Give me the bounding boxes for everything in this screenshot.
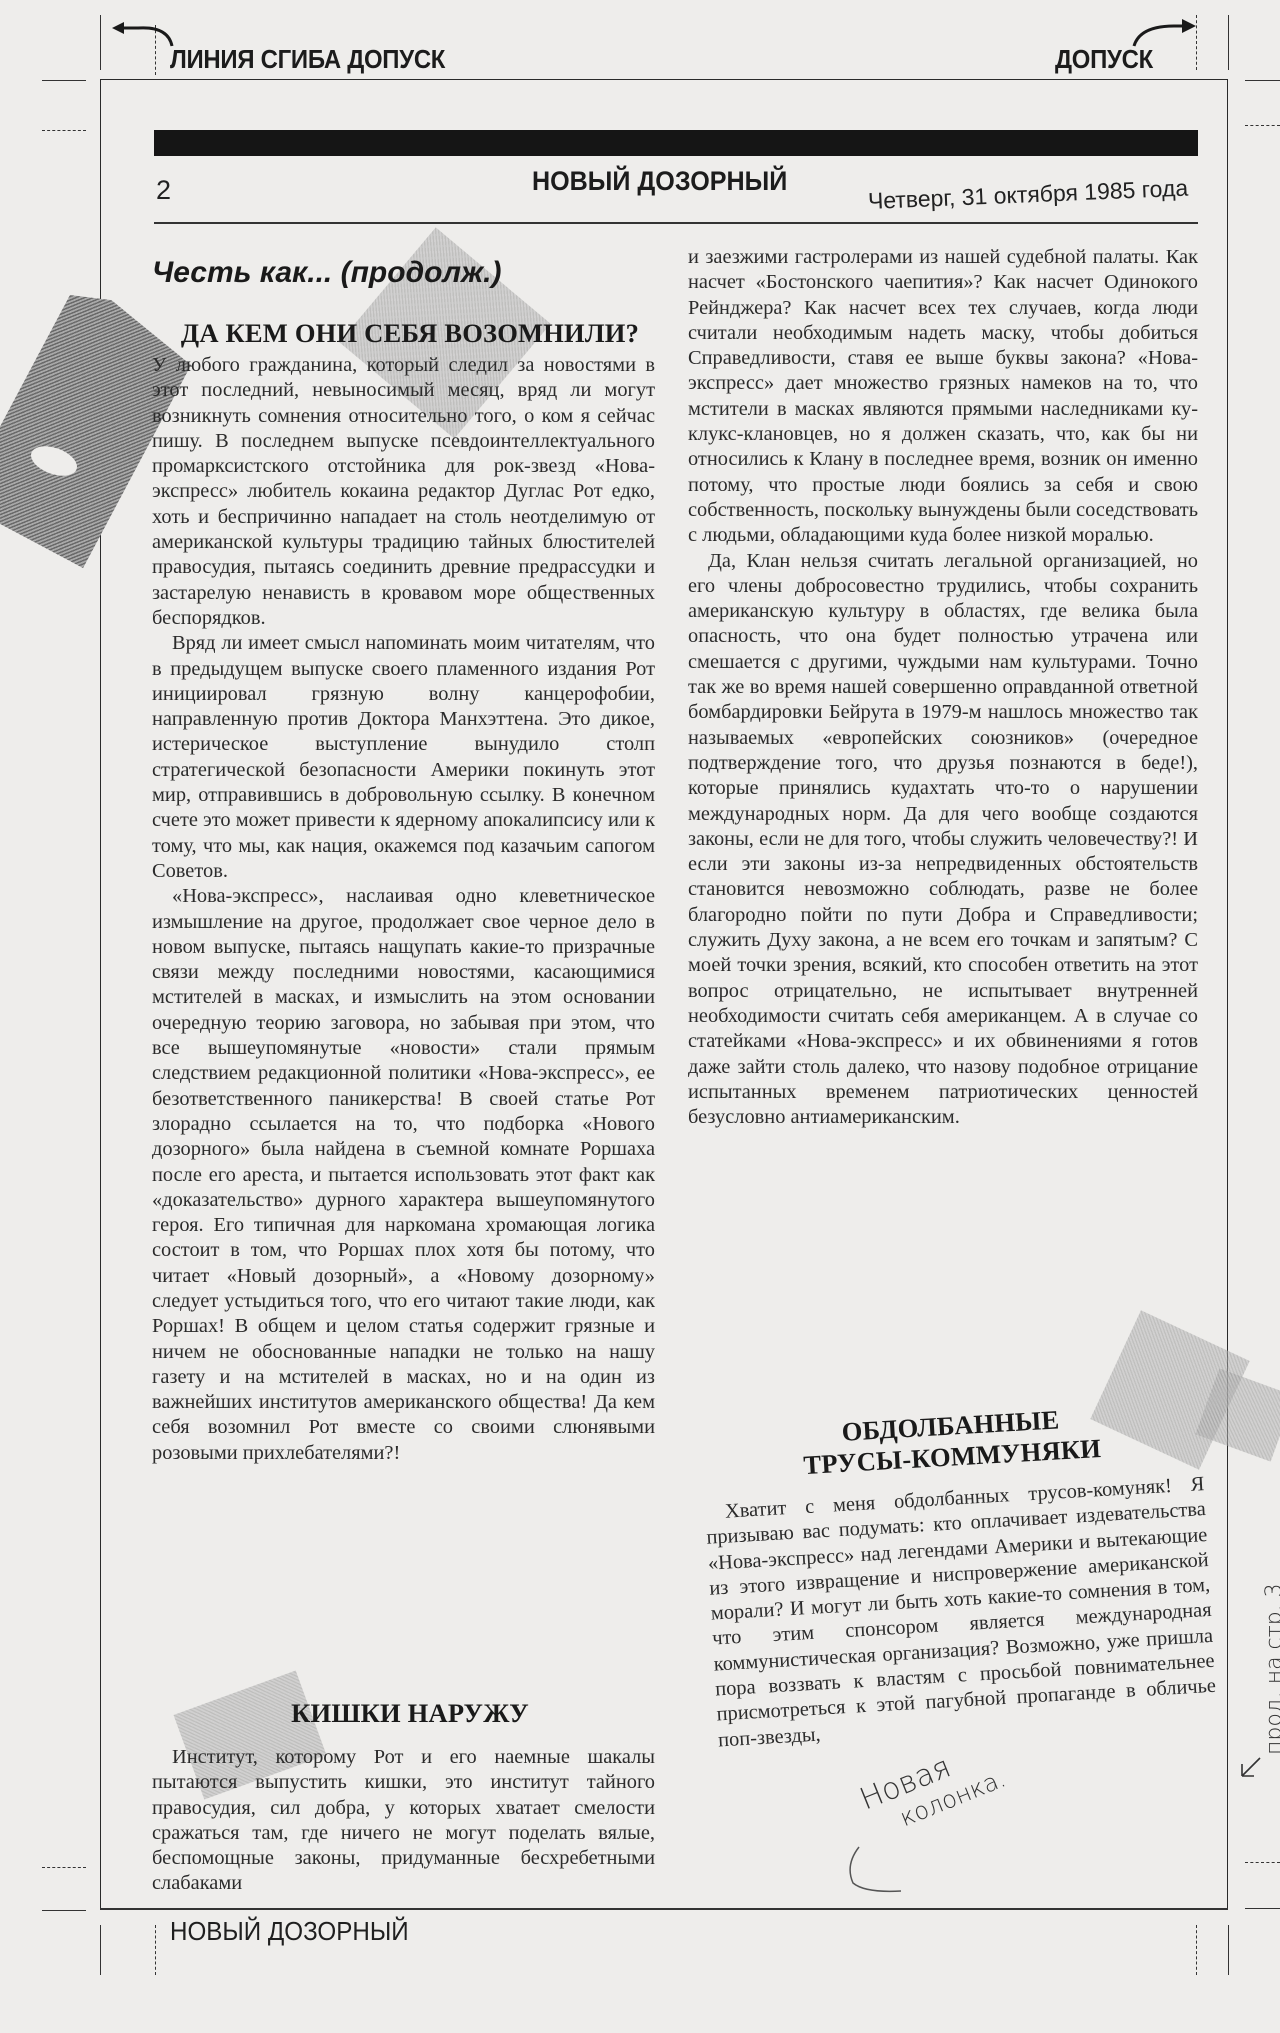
paragraph: Да, Клан нельзя считать легальной органи…	[688, 549, 1198, 1131]
masthead-rule	[154, 222, 1198, 224]
crop-mark-left-outer	[100, 15, 101, 70]
crop-mark-right-outer	[1228, 15, 1229, 70]
newspaper-title: НОВЫЙ ДОЗОРНЫЙ	[532, 166, 787, 197]
handwritten-margin-note: прод. на стр. 3	[1262, 1583, 1280, 1755]
crop-mark-bottom-left-inner	[155, 1925, 156, 1975]
margin-label: ДОПУСК	[1055, 44, 1153, 75]
tick-right-1	[1245, 80, 1280, 81]
masthead-black-bar	[154, 130, 1198, 156]
left-column-body-2: Институт, которому Рот и его наемные шак…	[152, 1745, 655, 1897]
tick-left-2	[42, 130, 86, 131]
left-column-body: У любого гражданина, который следил за н…	[152, 353, 655, 1466]
tick-right-4	[1245, 1908, 1280, 1909]
paragraph: Институт, которому Рот и его наемные шак…	[152, 1745, 655, 1897]
page-frame-bottom	[100, 1908, 1228, 1910]
paragraph: Хватит с меня обдолбанных трусов-комуняк…	[704, 1472, 1218, 1753]
tick-right-3	[1245, 1862, 1280, 1863]
section-heading-who-do-they-think: ДА КЕМ ОНИ СЕБЯ ВОЗОМНИЛИ?	[150, 318, 670, 349]
tick-left-1	[42, 80, 86, 81]
footer-newspaper-title: НОВЫЙ ДОЗОРНЫЙ	[170, 1916, 409, 1947]
continued-heading: Честь как... (продолж.)	[152, 256, 502, 290]
curved-arrow-left-icon	[108, 20, 178, 48]
crop-mark-bottom-right-inner	[1196, 1925, 1197, 1975]
fold-line-label: ЛИНИЯ СГИБА ДОПУСК	[170, 44, 445, 75]
paragraph: У любого гражданина, который следил за н…	[152, 353, 655, 631]
commie-section-body: Хватит с меня обдолбанных трусов-комуняк…	[704, 1472, 1218, 1753]
section-heading-guts-out: КИШКИ НАРУЖУ	[150, 1698, 670, 1729]
paragraph: «Нова-экспресс», наслаивая одно клеветни…	[152, 884, 655, 1466]
page-number: 2	[156, 175, 171, 206]
tick-left-4	[42, 1910, 86, 1911]
hand-drawn-arrow-icon	[1238, 1750, 1268, 1780]
paragraph: и заезжими гастролерами из нашей судебно…	[688, 245, 1198, 549]
tick-left-3	[42, 1867, 86, 1868]
crop-mark-bottom-left-outer	[100, 1925, 101, 1975]
right-column-body: и заезжими гастролерами из нашей судебно…	[688, 245, 1198, 1130]
handwritten-bracket-icon	[845, 1845, 905, 1895]
paragraph: Вряд ли имеет смысл напоминать моим чита…	[152, 631, 655, 884]
crop-mark-bottom-right-outer	[1228, 1925, 1229, 1975]
commie-section: ОБДОЛБАННЫЕ ТРУСЫ-КОММУНЯКИ Хватит с мен…	[700, 1396, 1218, 1753]
tick-right-2	[1245, 125, 1280, 126]
